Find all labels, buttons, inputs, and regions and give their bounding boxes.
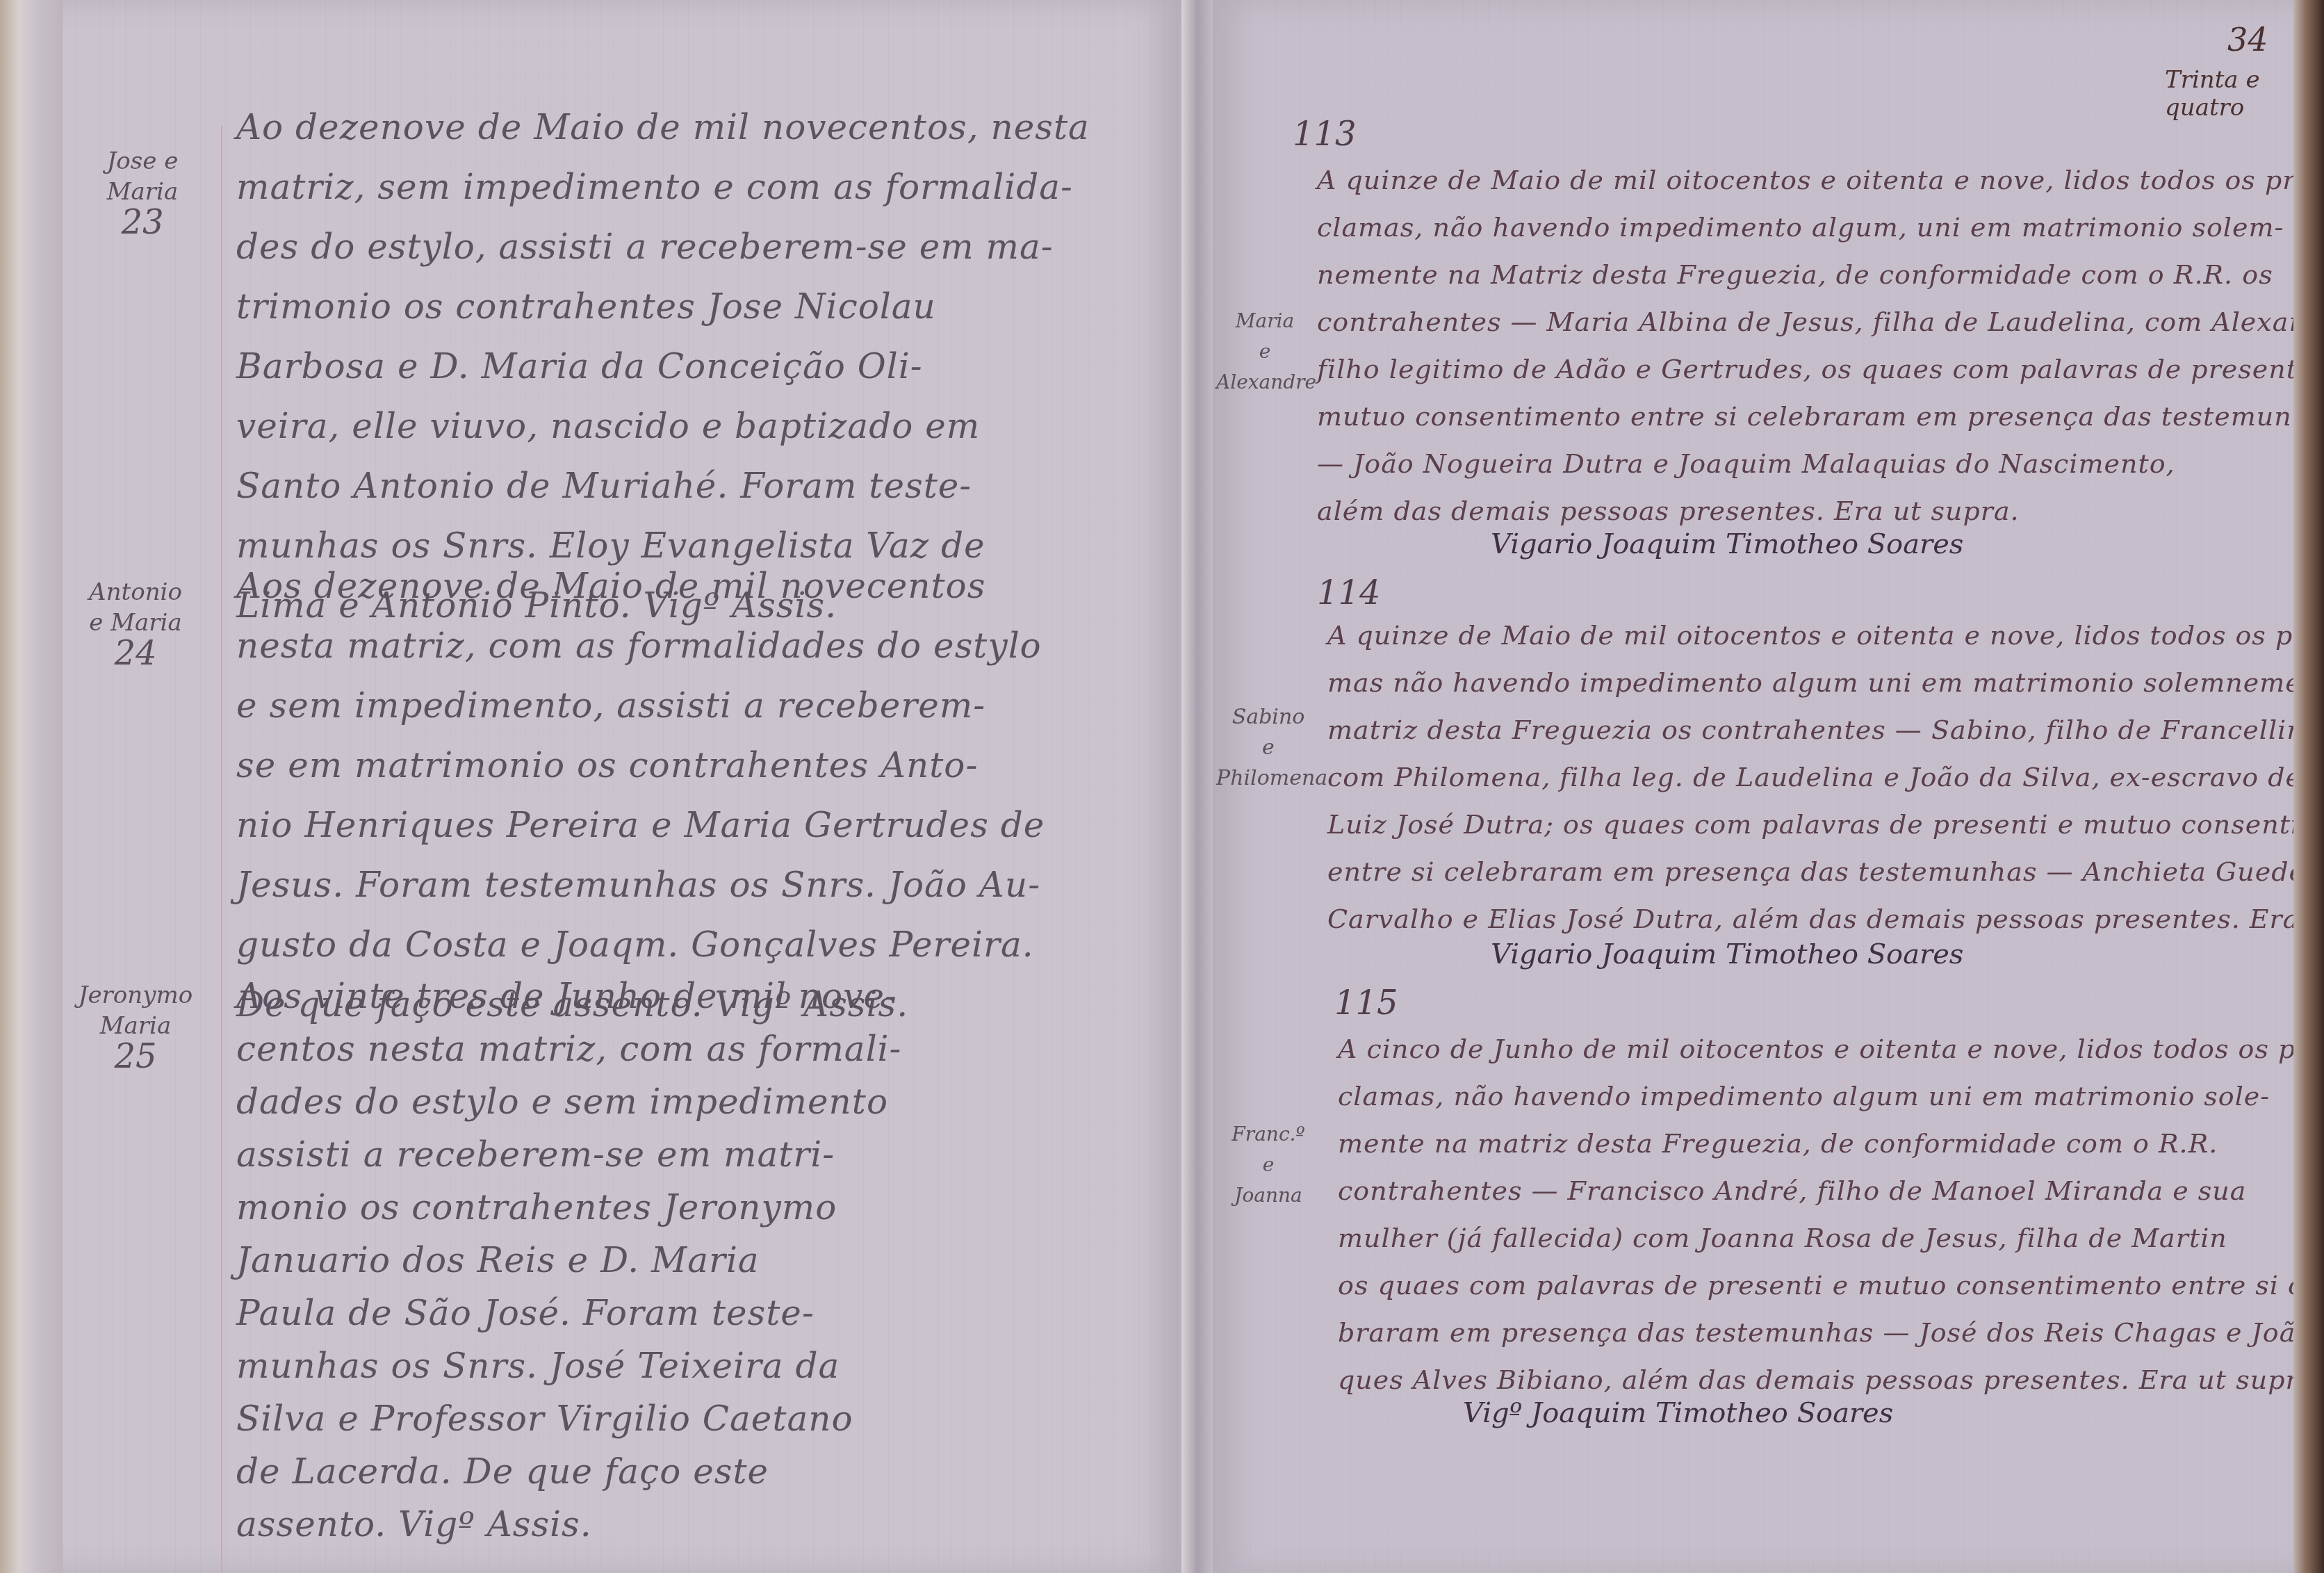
entry-number: 113 <box>1293 115 1357 154</box>
book-gutter <box>1181 0 1213 1573</box>
folio-word: Trinta e quatro <box>2165 66 2293 122</box>
left-page: Jose e Maria 23 Ao dezenove de Maio de m… <box>0 0 1181 1573</box>
margin-names: Franc.º e Joanna <box>1220 1119 1317 1211</box>
entry-number: 24 <box>66 638 205 669</box>
entry-114: A quinze de Maio de mil oitocentos e oit… <box>1327 612 2324 943</box>
margin-names: Antonio e Maria 24 <box>66 577 205 669</box>
left-page-frayed-edge <box>0 0 63 1573</box>
margin-names: Maria e Alexandre <box>1216 306 1314 398</box>
entry-23: Ao dezenove de Maio de mil novecentos, n… <box>236 97 1090 635</box>
margin-names: Jeronymo Maria 25 <box>66 980 205 1072</box>
entry-number: 114 <box>1317 573 1381 612</box>
margin-names: Jose e Maria 23 <box>76 146 208 238</box>
signature: Vigº Joaquim Timotheo Soares <box>1463 1397 1893 1429</box>
folio-number: 34 <box>2227 21 2268 58</box>
margin-names: Sabino e Philomena <box>1216 702 1320 794</box>
left-margin-rule <box>221 125 222 1573</box>
entry-25: Aos vinte tres de Junho de mil nove- cen… <box>236 970 902 1551</box>
entry-number: 23 <box>76 207 208 238</box>
entry-number: 115 <box>1334 984 1398 1022</box>
entry-115: A cinco de Junho de mil oitocentos e oit… <box>1338 1025 2324 1403</box>
right-page: 34 Trinta e quatro 113 Maria e Alexandre… <box>1213 0 2293 1573</box>
entry-number: 25 <box>66 1041 205 1072</box>
entry-113: A quinze de Maio de mil oitocentos e oit… <box>1317 156 2324 535</box>
signature: Vigario Joaquim Timotheo Soares <box>1491 528 1963 560</box>
signature: Vigario Joaquim Timotheo Soares <box>1491 938 1963 970</box>
entry-24: Aos dezenove de Maio de mil novecentos n… <box>236 556 1045 1034</box>
right-binding-edge <box>2293 0 2324 1573</box>
